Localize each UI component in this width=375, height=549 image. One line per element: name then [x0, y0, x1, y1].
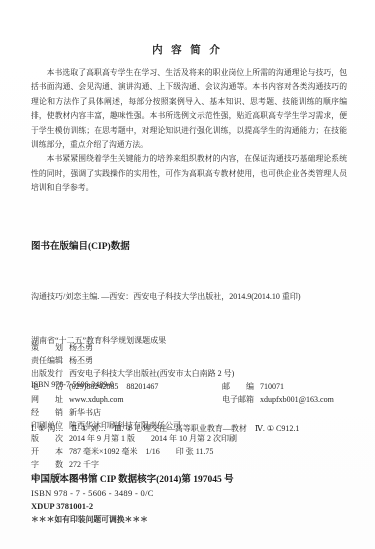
row-value-secondary: xdupfxb001@163.com [260, 393, 334, 406]
row-label: 责任编辑 [31, 354, 64, 367]
row-label: 定 价 [31, 471, 64, 484]
colophon-row-editor: 责任编辑 杨丕勇 [31, 354, 359, 367]
row-value: 新华书店 [69, 406, 101, 419]
row-value: (029)88242885 88201467 [69, 380, 222, 393]
content-summary-title: 内 容 简 介 [0, 42, 375, 57]
row-value: 2014 年 9 月第 1 版 2014 年 10 月第 2 次印刷 [69, 432, 237, 445]
row-label: 字 数 [31, 458, 64, 471]
colophon-row-planner: 策 划 杨丕勇 [31, 341, 359, 354]
colophon-row-website: 网 址 www.xduph.com 电子邮箱 xdupfxb001@163.co… [31, 393, 359, 406]
row-label: 网 址 [31, 393, 64, 406]
isbn-line: ISBN 978 - 7 - 5606 - 3489 - 0/C [31, 487, 359, 500]
colophon-row-wordcount: 字 数 272 千字 [31, 458, 359, 471]
row-value: 西安电子科技大学出版社(西安市太白南路 2 号) [69, 367, 234, 380]
cip-heading: 图书在版编目(CIP)数据 [31, 238, 355, 252]
colophon-row-phone: 电 话 (029)88242885 88201467 邮 编 710071 [31, 380, 359, 393]
colophon-row-price: 定 价 26.00 元 [31, 471, 359, 484]
colophon-block: 策 划 杨丕勇 责任编辑 杨丕勇 出版发行 西安电子科技大学出版社(西安市太白南… [31, 341, 359, 526]
row-value: 787 毫米×1092 毫米 1/16 印 张 11.75 [69, 445, 213, 458]
row-value: 26.00 元 [69, 471, 97, 484]
colophon-row-printer: 印刷单位 陕西华沐印刷科技有限责任公司 [31, 419, 359, 432]
row-value: 272 千字 [69, 458, 99, 471]
row-label: 策 划 [31, 341, 64, 354]
row-label: 电 话 [31, 380, 64, 393]
book-copyright-page: 内 容 简 介 本书选取了高职高专学生在学习、生活及将来的职业岗位上所需的沟通理… [0, 0, 375, 549]
binding-exchange-note: ＊＊＊如有印装问题可调换＊＊＊ [31, 513, 359, 526]
row-value: 杨丕勇 [69, 354, 93, 367]
row-value: 杨丕勇 [69, 341, 93, 354]
colophon-row-edition: 版 次 2014 年 9 月第 1 版 2014 年 10 月第 2 次印刷 [31, 432, 359, 445]
row-label: 版 次 [31, 432, 64, 445]
row-label: 开 本 [31, 445, 64, 458]
cip-line-title-author: 沟通技巧/刘恋主编. —西安：西安电子科技大学出版社，2014.9(2014.1… [31, 290, 355, 305]
colophon-row-format: 开 本 787 毫米×1092 毫米 1/16 印 张 11.75 [31, 445, 359, 458]
row-label: 印刷单位 [31, 419, 64, 432]
row-label-secondary: 电子邮箱 [222, 393, 255, 406]
content-summary-body: 本书选取了高职高专学生在学习、生活及将来的职业岗位上所需的沟通理论与技巧，包括书… [31, 66, 347, 196]
intro-paragraph-1: 本书选取了高职高专学生在学习、生活及将来的职业岗位上所需的沟通理论与技巧，包括书… [31, 66, 347, 152]
row-value: 陕西华沐印刷科技有限责任公司 [69, 419, 181, 432]
colophon-row-distributor: 经 销 新华书店 [31, 406, 359, 419]
row-label: 经 销 [31, 406, 64, 419]
colophon-row-publisher: 出版发行 西安电子科技大学出版社(西安市太白南路 2 号) [31, 367, 359, 380]
row-value: www.xduph.com [69, 393, 222, 406]
row-label-secondary: 邮 编 [222, 380, 255, 393]
row-label: 出版发行 [31, 367, 64, 380]
xdup-code: XDUP 3781001-2 [31, 500, 359, 513]
intro-paragraph-2: 本书紧紧围绕着学生关键能力的培养来组织教材的内容，在保证沟通技巧基础理论系统性的… [31, 152, 347, 195]
row-value-secondary: 710071 [260, 380, 284, 393]
